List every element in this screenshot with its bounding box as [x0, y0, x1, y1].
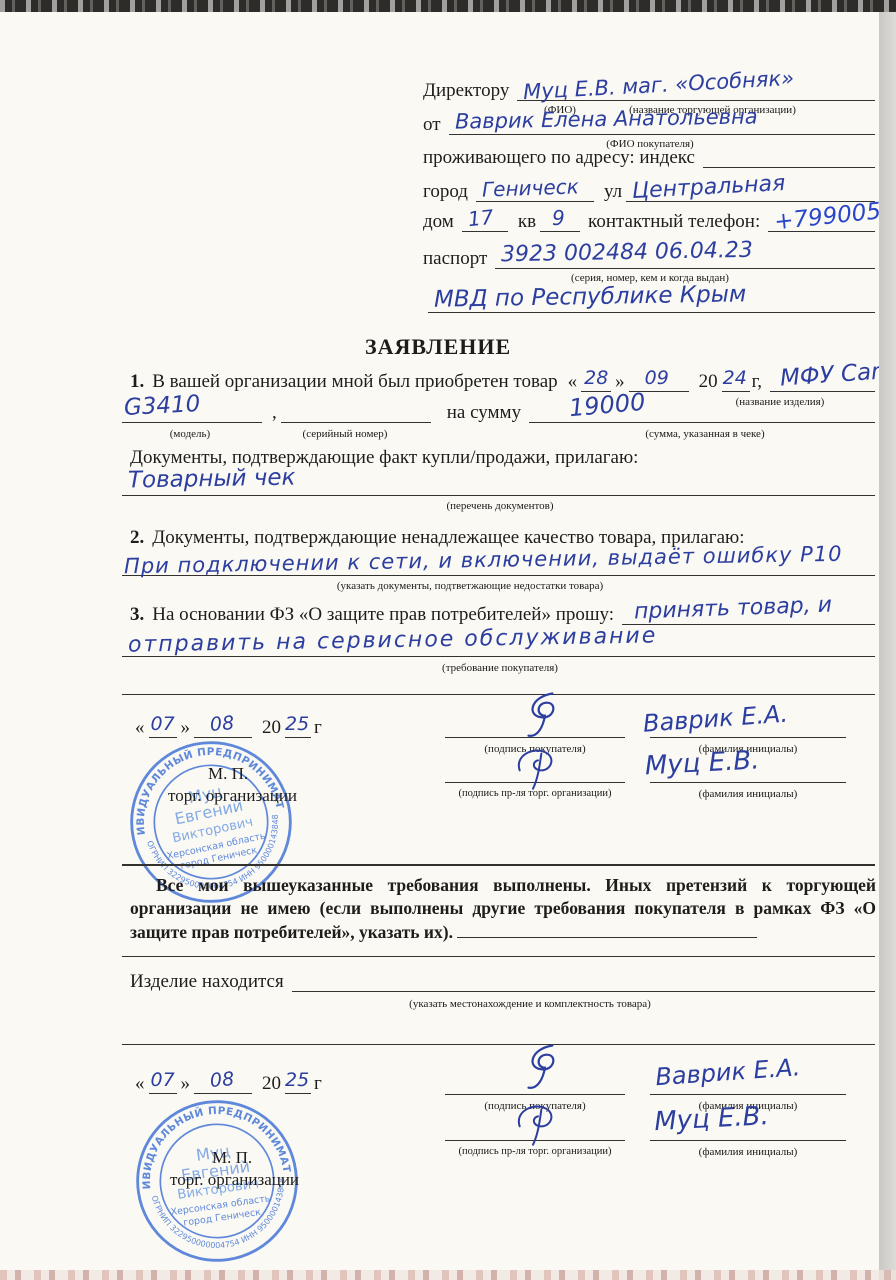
director-handwritten: Муц Е.В. маг. «Особняк» [523, 68, 795, 103]
date2-month-line: 08 [194, 1067, 252, 1094]
city-handwritten: Геническ [482, 176, 579, 199]
apt-line: 9 [540, 205, 580, 232]
docs-handwritten: Товарный чек [128, 467, 296, 493]
street-handwritten: Центральная [632, 173, 786, 203]
mp-org-label-1: торг. организации [168, 786, 297, 806]
date1-month-line: 08 [194, 711, 252, 738]
item3-row1: 3. На основании ФЗ «О защите прав потреб… [130, 599, 875, 625]
scan-right-edge [879, 12, 896, 1280]
phone-label: контактный телефон: [588, 212, 760, 232]
item3-handwritten-1: принять товар, и [634, 595, 833, 624]
scan-bottom-edge [0, 1270, 896, 1280]
mp-org-label-2: торг. организации [170, 1170, 299, 1190]
empty-line-1 [122, 694, 875, 695]
sum-label: на сумму [447, 403, 521, 423]
date1-month: 08 [209, 714, 235, 735]
product-line: МФУ Canon [770, 365, 875, 392]
item2-handwritten: При подключении к сети, и включении, выд… [124, 544, 843, 578]
date2-day: 07 [151, 1071, 175, 1090]
sum-caption: (сумма, указанная в чеке) [580, 428, 830, 440]
item3-line2: отправить на сервисное обслуживание [122, 630, 875, 657]
serial-line [281, 396, 431, 423]
address-label: проживающего по адресу: индекс [423, 148, 695, 168]
model-line: G3410 [122, 396, 262, 423]
phone-line: +79900516234 [768, 205, 875, 232]
item2-row: При подключении к сети, и включении, выд… [122, 550, 875, 576]
from-handwritten: Ваврик Елена Анатольевна [454, 106, 757, 132]
house-line: 17 [462, 205, 508, 232]
year-unit: г, [752, 372, 762, 392]
house-handwritten: 17 [467, 207, 494, 230]
year-prefix: 20 [699, 372, 718, 392]
date1-day: 07 [151, 715, 175, 734]
stamp1-arc-top: ИНДИВИДУАЛЬНЫЙ ПРЕДПРИНИМАТЕЛЬ [110, 721, 286, 843]
serial-caption: (серийный номер) [270, 428, 420, 440]
passport-label: паспорт [423, 249, 487, 269]
director-label: Директору [423, 81, 509, 101]
item1-comma: , [272, 403, 277, 423]
director-row: Директору Муц Е.В. маг. «Особняк» [423, 75, 875, 101]
mp-label-2: М. П. [212, 1148, 252, 1168]
item3-handwritten-2: отправить на сервисное обслуживание [128, 625, 658, 656]
item1-intro: В вашей организации мной был приобретен … [152, 372, 557, 392]
purchase-day-line: 28 [581, 365, 611, 392]
docs-caption: (перечень документов) [300, 500, 700, 512]
date2-year: 25 [285, 1071, 309, 1090]
svg-text:ИНДИВИДУАЛЬНЫЙ ПРЕДПРИНИМАТЕЛ: ИНДИВИДУАЛЬНЫЙ ПРЕДПРИНИМАТЕЛЬ [110, 721, 286, 843]
date2-unit: г [314, 1074, 322, 1094]
seller-name-handwritten-2: Муц Е.В. [654, 1103, 777, 1280]
issuer-row: МВД по Республике Крым [428, 287, 875, 313]
apt-handwritten: 9 [552, 208, 565, 228]
index-line [703, 141, 875, 168]
docs-label-row: Документы, подтверждающие факт купли/про… [130, 444, 875, 468]
item3-label: На основании ФЗ «О защите прав потребите… [152, 605, 614, 625]
city-label: город [423, 182, 468, 202]
item1-row2: G3410 , на сумму 19000 [122, 397, 875, 423]
date1-year: 25 [285, 715, 309, 734]
apt-label: кв [518, 212, 536, 232]
purchase-day: 28 [584, 369, 608, 388]
docs-line: Товарный чек [122, 469, 875, 496]
item2-line: При подключении к сети, и включении, выд… [122, 549, 875, 576]
issuer-line: МВД по Республике Крым [428, 286, 875, 313]
item2-caption: (указать документы, подтветжающие недост… [250, 580, 690, 592]
from-row: от Ваврик Елена Анатольевна [423, 109, 875, 135]
city-line: Геническ [476, 175, 594, 202]
date2-quote-open: « [135, 1074, 145, 1094]
date2-day-line: 07 [149, 1067, 177, 1094]
city-row: город Геническ ул Центральная [423, 176, 875, 202]
item3-caption: (требование покупателя) [320, 662, 680, 674]
from-line: Ваврик Елена Анатольевна [449, 108, 875, 135]
date2-year-line: 25 [285, 1067, 311, 1094]
street-line: Центральная [626, 175, 875, 202]
date1-year-line: 25 [285, 711, 311, 738]
house-row: дом 17 кв 9 контактный телефон: +7990051… [423, 206, 875, 232]
item3-row2: отправить на сервисное обслуживание [122, 631, 875, 657]
buyer-signature [502, 688, 577, 743]
address-row: проживающего по адресу: индекс [423, 142, 875, 168]
issuer-handwritten: МВД по Республике Крым [434, 283, 747, 311]
item2-number: 2. [130, 528, 144, 548]
purchase-year-line: 24 [722, 365, 750, 392]
date-row-2: « 07 » 08 20 25 г [133, 1068, 363, 1094]
date1-unit: г [314, 718, 322, 738]
date1-quote-open: « [135, 718, 145, 738]
item3-number: 3. [130, 605, 144, 625]
sum-handwritten: 19000 [568, 390, 646, 421]
passport-line: 3923 002484 06.04.23 [495, 242, 875, 269]
date1-year-prefix: 20 [262, 718, 281, 738]
seller-signature [494, 742, 572, 792]
purchase-year: 24 [723, 369, 747, 388]
seller-signature-2 [494, 1098, 572, 1148]
passport-row: паспорт 3923 002484 06.04.23 [423, 243, 875, 269]
purchase-month: 09 [645, 369, 669, 388]
sum-line: 19000 [529, 396, 875, 423]
scan-top-edge [0, 0, 896, 12]
docs-row: Товарный чек [122, 470, 875, 496]
location-label: Изделие находится [130, 972, 284, 992]
scanned-claim-form: Директору Муц Е.В. маг. «Особняк» (ФИО) … [0, 0, 896, 1280]
date1-quote-close: » [181, 718, 191, 738]
model-handwritten: G3410 [123, 393, 200, 420]
form-title: ЗАЯВЛЕНИЕ [365, 334, 511, 360]
item1-row1: 1. В вашей организации мной был приобрет… [130, 366, 875, 392]
quote-open: « [568, 372, 578, 392]
street-label: ул [604, 182, 622, 202]
date2-quote-close: » [181, 1074, 191, 1094]
from-label: от [423, 115, 441, 135]
item1-number: 1. [130, 372, 144, 392]
date1-day-line: 07 [149, 711, 177, 738]
passport-handwritten: 3923 002484 06.04.23 [501, 240, 753, 266]
docs-label: Документы, подтверждающие факт купли/про… [130, 448, 638, 468]
model-caption: (модель) [130, 428, 250, 440]
item3-line1: принять товар, и [622, 598, 875, 625]
date2-month: 08 [209, 1070, 235, 1091]
mp-label-1: М. П. [208, 764, 248, 784]
buyer-signature-2 [502, 1040, 577, 1095]
date-row-1: « 07 » 08 20 25 г [133, 712, 363, 738]
date2-year-prefix: 20 [262, 1074, 281, 1094]
director-line: Муц Е.В. маг. «Особняк» [517, 74, 875, 101]
house-label: дом [423, 212, 454, 232]
